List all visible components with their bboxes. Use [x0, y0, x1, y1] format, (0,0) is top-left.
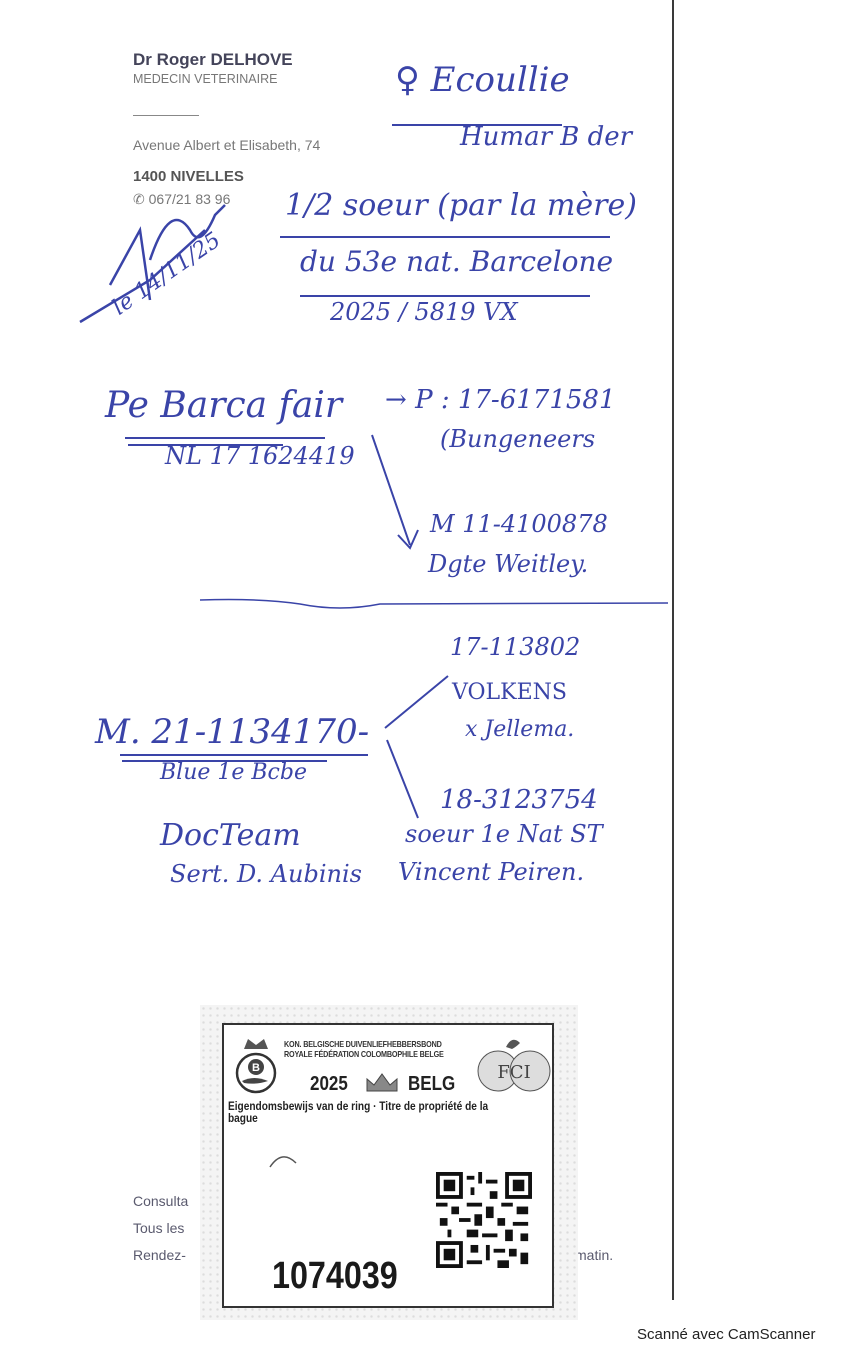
- underline: [120, 754, 368, 756]
- fci-globes-logo-icon: FCI: [476, 1033, 552, 1093]
- hw-mother-note: Blue 1e Bcbe: [160, 760, 307, 785]
- camscanner-watermark: Scanné avec CamScanner: [637, 1326, 815, 1343]
- footer-line2: Tous les: [133, 1220, 184, 1236]
- hw-mother: M. 21-1134170-: [95, 712, 369, 752]
- hw-mother-sire-note2: x Jellema.: [465, 717, 574, 742]
- ring-year: 2025: [310, 1073, 348, 1096]
- hw-father-dam-note: Dgte Weitley.: [428, 550, 588, 578]
- hw-mother-dam-note1: soeur 1e Nat ST: [405, 820, 603, 848]
- ring-country: BELG: [408, 1073, 455, 1096]
- crown-icon: [364, 1071, 400, 1095]
- hw-mother-note2: Sert. D. Aubinis: [170, 860, 362, 888]
- footer-line3-end: matin.: [575, 1247, 613, 1263]
- punch-hole-icon: [268, 1149, 298, 1169]
- footer-line3: Rendez-: [133, 1247, 186, 1263]
- ring-number: 1074039: [272, 1255, 398, 1298]
- org-name-nl: KON. BELGISCHE DUIVENLIEFHEBBERSBOND: [284, 1039, 442, 1049]
- svg-text:B: B: [252, 1062, 260, 1074]
- svg-text:FCI: FCI: [497, 1062, 530, 1083]
- qr-code-icon: [436, 1172, 532, 1268]
- footer-line1: Consulta: [133, 1193, 188, 1209]
- org-name-fr: ROYALE FÉDÉRATION COLOMBOPHILE BELGE: [284, 1049, 444, 1059]
- hw-mother-dam-note2: Vincent Peiren.: [398, 858, 584, 886]
- hw-father-dam: M 11-4100878: [430, 510, 608, 538]
- hw-mother-dam: 18-3123754: [440, 785, 598, 815]
- hw-mother-sire: 17-113802: [450, 633, 580, 661]
- ring-card-subtitle: Eigendomsbewijs van de ring · Titre de p…: [228, 1101, 513, 1125]
- kbdb-crown-logo-icon: B: [234, 1035, 278, 1097]
- ring-ownership-card: B KON. BELGISCHE DUIVENLIEFHEBBERSBOND R…: [222, 1023, 554, 1308]
- hw-mother-name: DocTeam: [160, 818, 301, 853]
- hw-mother-sire-note1: VOLKENS: [452, 680, 567, 705]
